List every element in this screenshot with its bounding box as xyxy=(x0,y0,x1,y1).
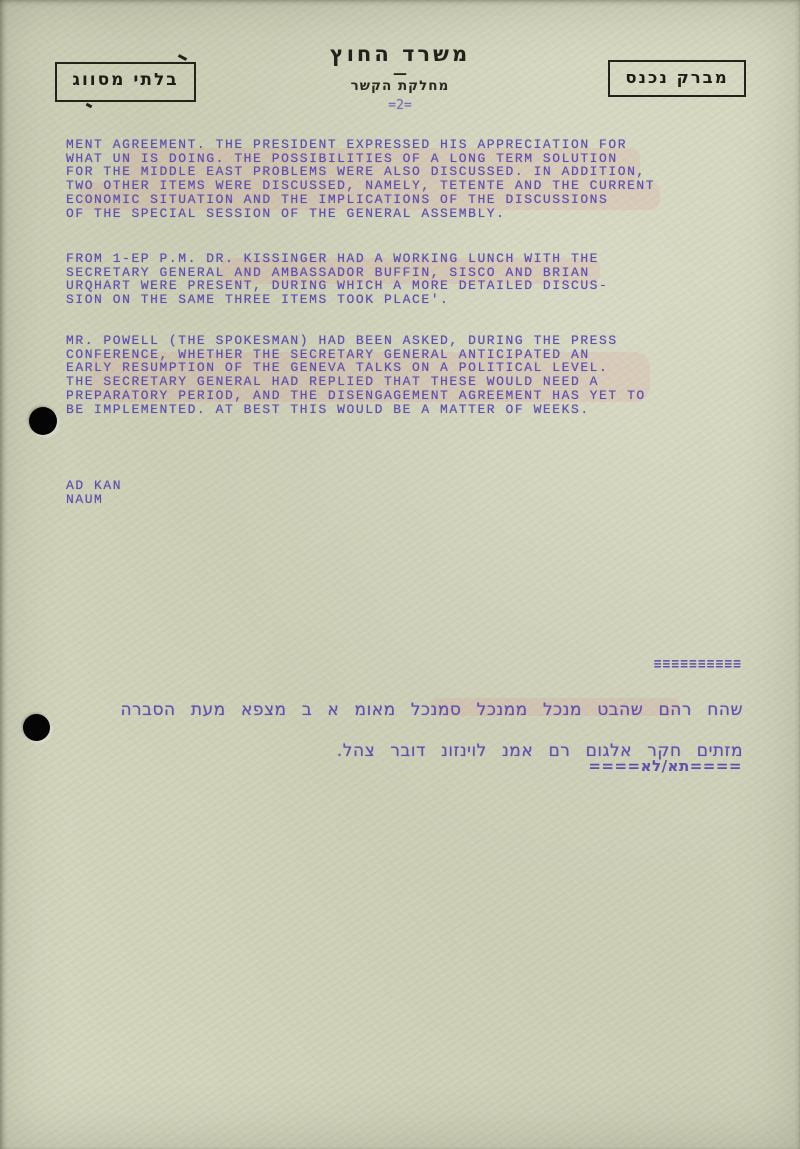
text-line: שהח רהם שהבט מנכל ממנכל סמנכל מאומ א ב מ… xyxy=(0,690,743,731)
separator-line-bottom: ====תא/לא==== xyxy=(0,757,742,775)
body-paragraph-2: FROM 1-EP P.M. DR. KISSINGER HAD A WORKI… xyxy=(66,252,608,307)
text-line: FROM 1-EP P.M. DR. KISSINGER HAD A WORKI… xyxy=(66,252,608,266)
scanned-telegram-page: משרד החוץ — מחלקת הקשר =2= בלתי מסווג מב… xyxy=(0,0,800,1149)
separator-line-top: ≡≡≡≡≡≡≡≡≡≡ xyxy=(0,657,742,672)
body-paragraph-3: MR. POWELL (THE SPOKESMAN) HAD BEEN ASKE… xyxy=(66,334,646,416)
text-line: WHAT UN IS DOING. THE POSSIBILITIES OF A… xyxy=(66,152,655,166)
body-paragraph-1: MENT AGREEMENT. THE PRESIDENT EXPRESSED … xyxy=(66,138,655,220)
text-line: BE IMPLEMENTED. AT BEST THIS WOULD BE A … xyxy=(66,403,646,417)
incoming-telegram-stamp: מברק נכנס xyxy=(608,60,746,97)
text-line: MENT AGREEMENT. THE PRESIDENT EXPRESSED … xyxy=(66,138,655,152)
text-line: NAUM xyxy=(66,493,122,507)
text-line: AD KAN xyxy=(66,479,122,493)
text-line: FOR THE MIDDLE EAST PROBLEMS WERE ALSO D… xyxy=(66,165,655,179)
text-line: EARLY RESUMPTION OF THE GENEVA TALKS ON … xyxy=(66,361,646,375)
text-line: SECRETARY GENERAL AND AMBASSADOR BUFFIN,… xyxy=(66,266,608,280)
text-line: PREPARATORY PERIOD, AND THE DISENGAGEMEN… xyxy=(66,389,646,403)
text-line: URQHART WERE PRESENT, DURING WHICH A MOR… xyxy=(66,279,608,293)
text-line: THE SECRETARY GENERAL HAD REPLIED THAT T… xyxy=(66,375,646,389)
sign-off: AD KANNAUM xyxy=(66,479,122,506)
text-line: SION ON THE SAME THREE ITEMS TOOK PLACE'… xyxy=(66,293,608,307)
text-line: CONFERENCE, WHETHER THE SECRETARY GENERA… xyxy=(66,348,646,362)
text-line: MR. POWELL (THE SPOKESMAN) HAD BEEN ASKE… xyxy=(66,334,646,348)
classification-stamp: בלתי מסווג xyxy=(55,62,196,102)
hole-punch xyxy=(29,407,57,435)
text-line: TWO OTHER ITEMS WERE DISCUSSED, NAMELY, … xyxy=(66,179,655,193)
text-line: ECONOMIC SITUATION AND THE IMPLICATIONS … xyxy=(66,193,655,207)
text-line: OF THE SPECIAL SESSION OF THE GENERAL AS… xyxy=(66,207,655,221)
